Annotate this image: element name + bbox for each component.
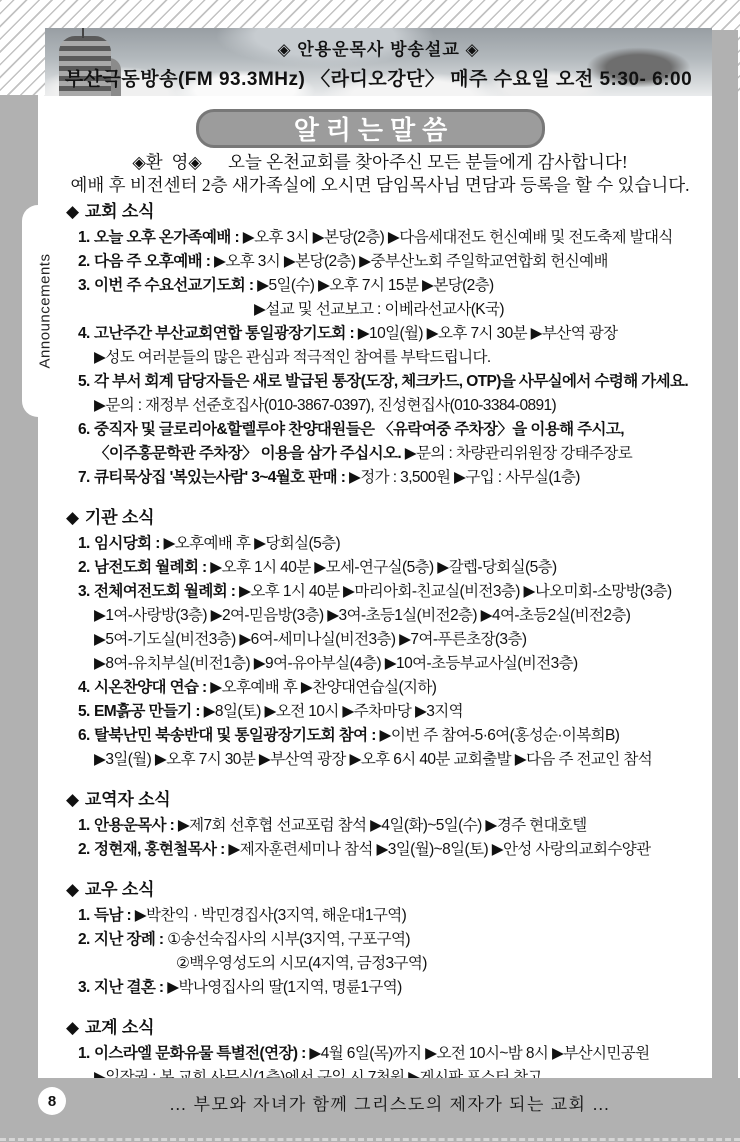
item-text: ▶오후예배 후 ▶당회실(5층) [163,535,340,552]
announcement-line: ▶성도 여러분들의 많은 관심과 적극적인 참여를 부탁드립니다. [66,346,714,370]
announcement-line: 2.정현재, 홍현철목사 : ▶제자훈련세미나 참석 ▶3일(월)~8일(토) … [66,838,714,862]
item-title: 득남 : [94,907,135,924]
item-text: ▶8여-유치부실(비전1층) ▶9여-유아부실(4층) ▶10여-초등부교사실(… [94,655,578,672]
item-text: ▶3일(월) ▶오후 7시 30분 ▶부산역 광장 ▶오후 6시 40분 교회출… [94,751,652,768]
item-text: ▶오후예배 후 ▶찬양대연습실(지하) [210,679,436,696]
item-title: 지난 결혼 : [94,979,167,996]
item-number: 2. [78,838,90,862]
item-number: 1. [78,226,90,250]
item-number: 2. [78,928,90,952]
announcement-line: 6.탈북난민 북송반대 및 통일광장기도회 참여 : ▶이번 주 참여-5·6여… [66,724,714,748]
announcement-line: 5.각 부서 회계 담당자들은 새로 발급된 통장(도장, 체크카드, OTP)… [66,370,714,394]
section-heading-label: 기관 소식 [85,508,154,527]
item-number: 1. [78,904,90,928]
item-title: 시온찬양대 연습 : [94,679,210,696]
announcement-line: 6.중직자 및 글로리아&할렐루야 찬양대원들은 〈유락여중 주차장〉을 이용해… [66,418,714,442]
item-number: 3. [78,274,90,298]
announcement-line: 3.전체여전도회 월례회 : ▶오후 1시 40분 ▶마리아회-친교실(비전3층… [66,580,714,604]
announcement-line: 2.다음 주 오후예배 : ▶오후 3시 ▶본당(2층) ▶중부산노회 주일학교… [66,250,714,274]
item-text: ▶문의 : 차량관리위원장 강태주장로 [405,445,632,462]
announcement-line: 1.이스라엘 문화유물 특별전(연장) : ▶4월 6일(목)까지 ▶오전 10… [66,1042,714,1066]
page-number: 8 [48,1093,56,1110]
item-title: 〈이주홍문학관 주차장〉 이용을 삼가 주십시오. [94,445,405,462]
item-title: 각 부서 회계 담당자들은 새로 발급된 통장(도장, 체크카드, OTP)을 … [94,373,688,390]
item-number: 4. [78,322,90,346]
item-number: 1. [78,1042,90,1066]
announcement-line: 1.득남 : ▶박찬익 · 박민경집사(3지역, 해운대1구역) [66,904,714,928]
banner-text: ◈ 안용운목사 방송설교 ◈ 부산극동방송(FM 93.3MHz) 〈라디오강단… [45,28,712,96]
item-text: ▶오후 1시 40분 ▶모세-연구실(5층) ▶갈렙-당회실(5층) [210,559,556,576]
item-number: 3. [78,580,90,604]
item-text: ▶박나영집사의 딸(1지역, 명륜1구역) [167,979,401,996]
item-text: ▶이번 주 참여-5·6여(홍성순·이복희B) [380,727,620,744]
item-title: 큐티묵상집 '복있는사람' 3~4월호 판매 : [94,469,349,486]
announcement-line: 7.큐티묵상집 '복있는사람' 3~4월호 판매 : ▶정가 : 3,500원 … [66,466,714,490]
item-title: 정현재, 홍현철목사 : [94,841,228,858]
welcome-line1: ◈환 영◈ 오늘 온천교회를 찾아주신 모든 분들에게 감사합니다! [50,151,710,174]
section-1: ◆기관 소식1.임시당회 : ▶오후예배 후 ▶당회실(5층)2.남전도회 월례… [66,506,714,772]
church-motto: … 부모와 자녀가 함께 그리스도의 제자가 되는 교회 … [80,1090,700,1115]
announcement-line: 2.지난 장례 : ①송선숙집사의 시부(3지역, 구포구역) [66,928,714,952]
item-number: 6. [78,724,90,748]
item-text: ▶제자훈련세미나 참석 ▶3일(월)~8일(토) ▶안성 사랑의교회수양관 [228,841,650,858]
announcement-line: 5.EM흙공 만들기 : ▶8일(토) ▶오전 10시 ▶주차마당 ▶3지역 [66,700,714,724]
section-heading: ◆교우 소식 [66,878,714,901]
item-number: 2. [78,556,90,580]
announcement-line: 2.남전도회 월례회 : ▶오후 1시 40분 ▶모세-연구실(5층) ▶갈렙-… [66,556,714,580]
item-title: 이번 주 수요선교기도회 : [94,277,257,294]
item-text: ▶4월 6일(목)까지 ▶오전 10시~밤 8시 ▶부산시민공원 [309,1045,649,1062]
banner-line2: 부산극동방송(FM 93.3MHz) 〈라디오강단〉 매주 수요일 오전 5:3… [45,64,712,91]
item-number: 7. [78,466,90,490]
item-text: ▶5일(수) ▶오후 7시 15분 ▶본당(2층) [257,277,494,294]
announcement-line: 1.안용운목사 : ▶제7회 선후협 선교포럼 참석 ▶4일(화)~5일(수) … [66,814,714,838]
item-text: ▶오후 3시 ▶본당(2층) ▶중부산노회 주일학교연합회 헌신예배 [214,253,608,270]
announcement-line: ▶설교 및 선교보고 : 이베라선교사(K국) [66,298,714,322]
item-number: 3. [78,976,90,1000]
announcement-line: ▶8여-유치부실(비전1층) ▶9여-유아부실(4층) ▶10여-초등부교사실(… [66,652,714,676]
item-number: 4. [78,676,90,700]
footer-band: 8 … 부모와 자녀가 함께 그리스도의 제자가 되는 교회 … [0,1078,740,1142]
announcement-line: 1.오늘 오후 온가족예배 : ▶오후 3시 ▶본당(2층) ▶다음세대전도 헌… [66,226,714,250]
announcements-side-tab: Announcements [22,205,68,417]
item-text: ▶오후 3시 ▶본당(2층) ▶다음세대전도 헌신예배 및 전도축제 발대식 [243,229,673,246]
item-title: 탈북난민 북송반대 및 통일광장기도회 참여 : [94,727,380,744]
item-text: ▶10일(월) ▶오후 7시 30분 ▶부산역 광장 [358,325,618,342]
announcement-line: 4.시온찬양대 연습 : ▶오후예배 후 ▶찬양대연습실(지하) [66,676,714,700]
announcements-tab-label: Announcements [37,254,54,369]
item-title: 중직자 및 글로리아&할렐루야 찬양대원들은 〈유락여중 주차장〉을 이용해 주… [94,421,624,438]
item-title: 지난 장례 : [94,931,167,948]
diamond-icon: ◆ [66,202,79,221]
item-text: ②백우영성도의 시모(4지역, 금정3구역) [176,955,427,972]
item-text: ▶1여-사랑방(3층) ▶2여-믿음방(3층) ▶3여-초등1실(비전2층) ▶… [94,607,630,624]
radio-broadcast-banner: ◈ 안용운목사 방송설교 ◈ 부산극동방송(FM 93.3MHz) 〈라디오강단… [45,28,712,96]
welcome-block: ◈환 영◈ 오늘 온천교회를 찾아주신 모든 분들에게 감사합니다! 예배 후 … [50,151,710,197]
item-text: ▶5여-기도실(비전3층) ▶6여-세미나실(비전3층) ▶7여-푸른초장(3층… [94,631,526,648]
diamond-icon: ◆ [66,790,79,809]
section-heading: ◆기관 소식 [66,506,714,529]
diamond-icon: ◆ [66,1018,79,1037]
welcome-line2: 예배 후 비전센터 2층 새가족실에 오시면 담임목사님 면담과 등록을 할 수… [50,174,710,197]
banner-line1: ◈ 안용운목사 방송설교 ◈ [45,35,712,60]
announcements-content: ◆교회 소식1.오늘 오후 온가족예배 : ▶오후 3시 ▶본당(2층) ▶다음… [66,200,714,1106]
section-2: ◆교역자 소식1.안용운목사 : ▶제7회 선후협 선교포럼 참석 ▶4일(화)… [66,788,714,862]
announcement-line: 1.임시당회 : ▶오후예배 후 ▶당회실(5층) [66,532,714,556]
page-title-box: 알리는말씀 [196,109,545,148]
item-number: 1. [78,814,90,838]
announcement-line: 3.지난 결혼 : ▶박나영집사의 딸(1지역, 명륜1구역) [66,976,714,1000]
announcement-line: ▶5여-기도실(비전3층) ▶6여-세미나실(비전3층) ▶7여-푸른초장(3층… [66,628,714,652]
item-text: ▶박찬익 · 박민경집사(3지역, 해운대1구역) [135,907,406,924]
item-number: 6. [78,418,90,442]
announcement-line: ▶3일(월) ▶오후 7시 30분 ▶부산역 광장 ▶오후 6시 40분 교회출… [66,748,714,772]
item-text: ▶오후 1시 40분 ▶마리아회-친교실(비전3층) ▶나오미회-소망방(3층) [239,583,671,600]
section-heading-label: 교계 소식 [85,1018,154,1037]
page-title: 알리는말씀 [287,110,455,147]
section-heading: ◆교계 소식 [66,1016,714,1039]
item-number: 2. [78,250,90,274]
right-margin-strip [712,30,738,1138]
item-text: ▶성도 여러분들의 많은 관심과 적극적인 참여를 부탁드립니다. [94,349,491,366]
section-heading-label: 교회 소식 [85,202,154,221]
section-heading: ◆교역자 소식 [66,788,714,811]
section-heading-label: 교우 소식 [85,880,154,899]
item-title: EM흙공 만들기 : [94,703,204,720]
item-text: ①송선숙집사의 시부(3지역, 구포구역) [167,931,410,948]
item-text: ▶제7회 선후협 선교포럼 참석 ▶4일(화)~5일(수) ▶경주 현대호텔 [178,817,587,834]
bulletin-page: ◈ 안용운목사 방송설교 ◈ 부산극동방송(FM 93.3MHz) 〈라디오강단… [0,0,740,1142]
announcement-line: ▶문의 : 재정부 선준호집사(010-3867-0397), 진성현집사(01… [66,394,714,418]
item-title: 남전도회 월례회 : [94,559,210,576]
section-3: ◆교우 소식1.득남 : ▶박찬익 · 박민경집사(3지역, 해운대1구역)2.… [66,878,714,1000]
item-title: 전체여전도회 월례회 : [94,583,239,600]
section-heading: ◆교회 소식 [66,200,714,223]
item-title: 이스라엘 문화유물 특별전(연장) : [94,1045,309,1062]
announcement-line: 〈이주홍문학관 주차장〉 이용을 삼가 주십시오. ▶문의 : 차량관리위원장 … [66,442,714,466]
item-title: 오늘 오후 온가족예배 : [94,229,243,246]
diamond-icon: ◆ [66,508,79,527]
diamond-icon: ◆ [66,880,79,899]
item-number: 5. [78,700,90,724]
announcement-line: 4.고난주간 부산교회연합 통일광장기도회 : ▶10일(월) ▶오후 7시 3… [66,322,714,346]
section-0: ◆교회 소식1.오늘 오후 온가족예배 : ▶오후 3시 ▶본당(2층) ▶다음… [66,200,714,490]
item-number: 5. [78,370,90,394]
item-text: ▶8일(토) ▶오전 10시 ▶주차마당 ▶3지역 [204,703,463,720]
announcement-line: ②백우영성도의 시모(4지역, 금정3구역) [66,952,714,976]
item-text: ▶설교 및 선교보고 : 이베라선교사(K국) [254,301,504,318]
announcement-line: ▶1여-사랑방(3층) ▶2여-믿음방(3층) ▶3여-초등1실(비전2층) ▶… [66,604,714,628]
announcement-line: 3.이번 주 수요선교기도회 : ▶5일(수) ▶오후 7시 15분 ▶본당(2… [66,274,714,298]
item-text: ▶정가 : 3,500원 ▶구입 : 사무실(1층) [349,469,580,486]
item-title: 안용운목사 : [94,817,178,834]
item-text: ▶문의 : 재정부 선준호집사(010-3867-0397), 진성현집사(01… [94,397,556,414]
item-title: 다음 주 오후예배 : [94,253,214,270]
item-title: 임시당회 : [94,535,163,552]
item-number: 1. [78,532,90,556]
section-heading-label: 교역자 소식 [85,790,171,809]
item-title: 고난주간 부산교회연합 통일광장기도회 : [94,325,358,342]
page-number-badge: 8 [38,1087,66,1115]
